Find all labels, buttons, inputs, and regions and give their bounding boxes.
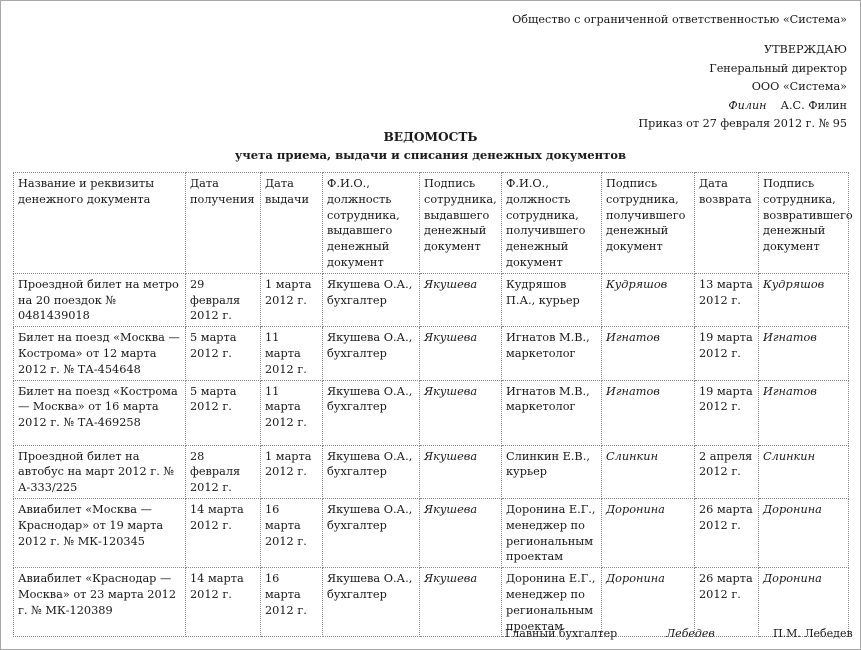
table-row: Билет на поезд «Кострома — Москва» от 16… [14, 380, 849, 445]
ledger-table: Название и реквизиты денежного документа… [13, 172, 849, 637]
table-cell: 14 марта 2012 г. [186, 498, 261, 567]
table-cell: Доронина Е.Г., менеджер по региональным … [502, 498, 602, 567]
column-header: Дата возврата [695, 173, 759, 274]
signature-cell: Игнатов [759, 380, 849, 445]
signature-cell: Якушева [420, 445, 502, 498]
table-cell: 2 апреля 2012 г. [695, 445, 759, 498]
table-row: Авиабилет «Краснодар — Москва» от 23 мар… [14, 568, 849, 637]
signature-cell: Якушева [420, 380, 502, 445]
table-cell: Авиабилет «Москва — Краснодар» от 19 мар… [14, 498, 186, 567]
signature-cell: Якушева [420, 327, 502, 380]
approval-signature-line: ФилинА.С. Филин [638, 97, 847, 116]
table-cell: Авиабилет «Краснодар — Москва» от 23 мар… [14, 568, 186, 637]
column-header: Подпись сотрудника, выдавшего денежный д… [420, 173, 502, 274]
table-cell: 14 марта 2012 г. [186, 568, 261, 637]
table-cell: 28 февраля 2012 г. [186, 445, 261, 498]
table-row: Проездной билет на автобус на март 2012 … [14, 445, 849, 498]
signature-cell: Якушева [420, 568, 502, 637]
approval-block: УТВЕРЖДАЮ Генеральный директор ООО «Сист… [638, 41, 847, 134]
column-header: Ф.И.О., должность сотрудника, выдавшего … [323, 173, 420, 274]
table-cell: Игнатов М.В., маркетолог [502, 380, 602, 445]
column-header: Название и реквизиты денежного документа [14, 173, 186, 274]
table-cell: 16 марта 2012 г. [261, 498, 323, 567]
approval-position: Генеральный директор [638, 60, 847, 79]
table-cell: Проездной билет на автобус на март 2012 … [14, 445, 186, 498]
document-title: ВЕДОМОСТЬ [0, 130, 861, 144]
footer-position: Главный бухгалтер [505, 627, 617, 640]
table-cell: 11 марта 2012 г. [261, 380, 323, 445]
organization-name: Общество с ограниченной ответственностью… [512, 13, 847, 26]
table-row: Билет на поезд «Москва — Кострома» от 12… [14, 327, 849, 380]
column-header: Дата выдачи [261, 173, 323, 274]
column-header: Ф.И.О., должность сотрудника, получившег… [502, 173, 602, 274]
approval-heading: УТВЕРЖДАЮ [638, 41, 847, 60]
table-cell: Якушева О.А., бухгалтер [323, 273, 420, 326]
director-name: А.С. Филин [781, 99, 847, 112]
footer-signature: Лебедев [666, 627, 715, 640]
signature-cell: Игнатов [602, 327, 695, 380]
table-cell: Якушева О.А., бухгалтер [323, 380, 420, 445]
table-cell: 5 марта 2012 г. [186, 380, 261, 445]
column-header: Дата получения [186, 173, 261, 274]
table-header-row: Название и реквизиты денежного документа… [14, 173, 849, 274]
column-header: Подпись сотрудника, получившего денежный… [602, 173, 695, 274]
signature-cell: Игнатов [602, 380, 695, 445]
table-cell: 1 марта 2012 г. [261, 273, 323, 326]
signature-cell: Якушева [420, 498, 502, 567]
signature-cell: Слинкин [602, 445, 695, 498]
table-cell: Билет на поезд «Кострома — Москва» от 16… [14, 380, 186, 445]
column-header: Подпись сотрудника, возвратившего денежн… [759, 173, 849, 274]
table-cell: Проездной билет на метро на 20 поездок №… [14, 273, 186, 326]
table-cell: 29 февраля 2012 г. [186, 273, 261, 326]
table-cell: 1 марта 2012 г. [261, 445, 323, 498]
footer-name: П.М. Лебедев [773, 627, 853, 640]
table-cell: Слинкин Е.В., курьер [502, 445, 602, 498]
table-cell: 19 марта 2012 г. [695, 380, 759, 445]
table-cell: Билет на поезд «Москва — Кострома» от 12… [14, 327, 186, 380]
signature-cell: Якушева [420, 273, 502, 326]
table-cell: Кудряшов П.А., курьер [502, 273, 602, 326]
table-cell: 19 марта 2012 г. [695, 327, 759, 380]
approval-company: ООО «Система» [638, 78, 847, 97]
table-row: Проездной билет на метро на 20 поездок №… [14, 273, 849, 326]
table-cell: 16 марта 2012 г. [261, 568, 323, 637]
signature-cell: Кудряшов [759, 273, 849, 326]
table-cell: Якушева О.А., бухгалтер [323, 498, 420, 567]
table-cell: 5 марта 2012 г. [186, 327, 261, 380]
table-cell: Якушева О.А., бухгалтер [323, 445, 420, 498]
document-subtitle: учета приема, выдачи и списания денежных… [0, 148, 861, 162]
signature-cell: Доронина [602, 498, 695, 567]
signature-cell: Кудряшов [602, 273, 695, 326]
director-signature: Филин [728, 99, 766, 112]
signature-cell: Игнатов [759, 327, 849, 380]
signature-cell: Слинкин [759, 445, 849, 498]
table-cell: 13 марта 2012 г. [695, 273, 759, 326]
table-cell: Якушева О.А., бухгалтер [323, 568, 420, 637]
table-cell: 11 марта 2012 г. [261, 327, 323, 380]
table-cell: 26 марта 2012 г. [695, 498, 759, 567]
table-row: Авиабилет «Москва — Краснодар» от 19 мар… [14, 498, 849, 567]
signature-cell: Доронина [759, 498, 849, 567]
table-cell: Игнатов М.В., маркетолог [502, 327, 602, 380]
table-cell: Якушева О.А., бухгалтер [323, 327, 420, 380]
